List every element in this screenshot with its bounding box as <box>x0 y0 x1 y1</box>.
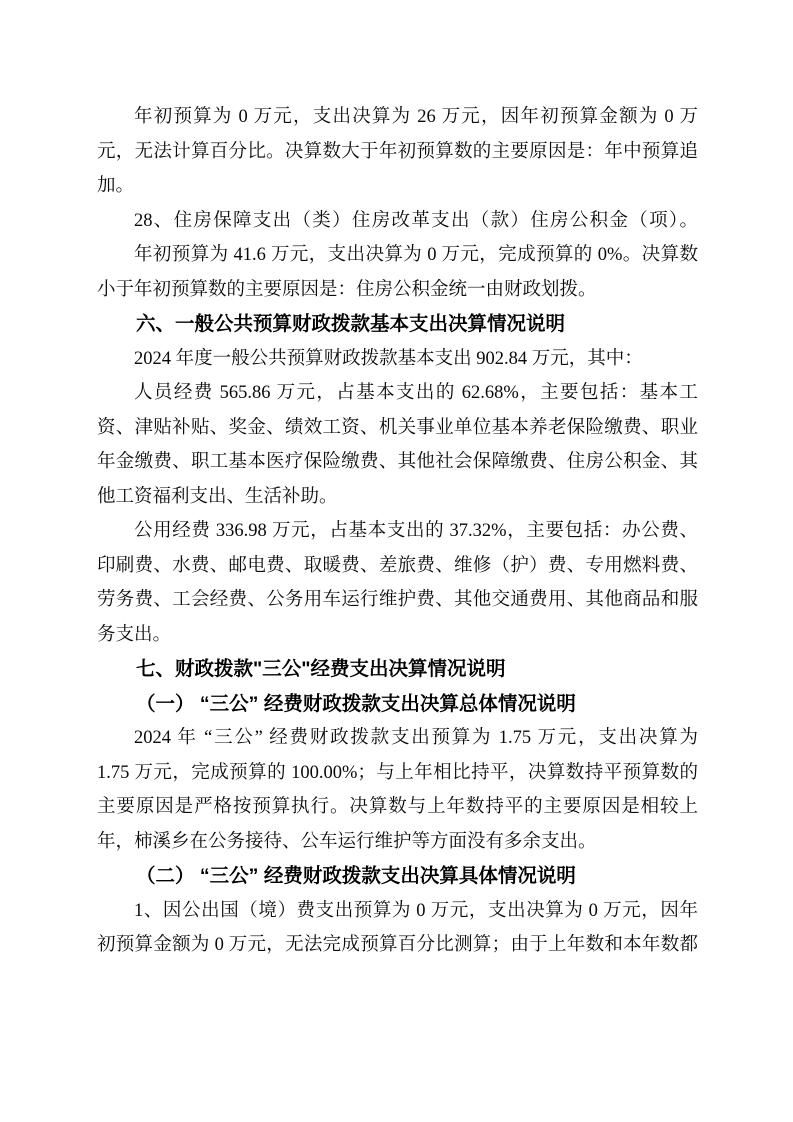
section-heading: 六、一般公共预算财政拨款基本支出决算情况说明 <box>97 307 698 342</box>
paragraph: 年初预算为 41.6 万元，支出决算为 0 万元，完成预算的 0%。决算数小于年… <box>97 238 698 307</box>
text-line: 1、因公出国（境）费支出预算为 0 万元，支出决算为 0 万元，因年 <box>97 894 698 929</box>
text-line: 年金缴费、职工基本医疗保险缴费、其他社会保障缴费、住房公积金、其 <box>97 445 698 480</box>
paragraph: 2024 年 “三公” 经费财政拨款支出预算为 1.75 万元，支出决算为1.7… <box>97 721 698 859</box>
paragraph: 28、住房保障支出（类）住房改革支出（款）住房公积金（项）。 <box>97 204 698 239</box>
text-line: （二） “三公” 经费财政拨款支出决算具体情况说明 <box>97 859 698 894</box>
paragraph: 2024 年度一般公共预算财政拨款基本支出 902.84 万元，其中： <box>97 342 698 377</box>
text-line: 印刷费、水费、邮电费、取暖费、差旅费、维修（护）费、专用燃料费、 <box>97 549 698 584</box>
text-line: 元，无法计算百分比。决算数大于年初预算数的主要原因是：年中预算追 <box>97 135 698 170</box>
text-line: 主要原因是严格按预算执行。决算数与上年数持平的主要原因是相较上 <box>97 790 698 825</box>
text-line: 七、财政拨款"三公"经费支出决算情况说明 <box>97 652 698 687</box>
text-line: 劳务费、工会经费、公务用车运行维护费、其他交通费用、其他商品和服 <box>97 583 698 618</box>
text-line: 年初预算为 0 万元，支出决算为 26 万元，因年初预算金额为 0 万 <box>97 100 698 135</box>
text-line: 初预算金额为 0 万元，无法完成预算百分比测算；由于上年数和本年数都 <box>97 928 698 963</box>
text-line: 年，柿溪乡在公务接待、公车运行维护等方面没有多余支出。 <box>97 825 698 860</box>
text-line: 公用经费 336.98 万元，占基本支出的 37.32%，主要包括：办公费、 <box>97 514 698 549</box>
section-heading: 七、财政拨款"三公"经费支出决算情况说明 <box>97 652 698 687</box>
paragraph: 年初预算为 0 万元，支出决算为 26 万元，因年初预算金额为 0 万元，无法计… <box>97 100 698 204</box>
text-line: 他工资福利支出、生活补助。 <box>97 480 698 515</box>
text-line: 加。 <box>97 169 698 204</box>
paragraph: 人员经费 565.86 万元，占基本支出的 62.68%，主要包括：基本工资、津… <box>97 376 698 514</box>
text-line: 2024 年 “三公” 经费财政拨款支出预算为 1.75 万元，支出决算为 <box>97 721 698 756</box>
section-heading: （一） “三公” 经费财政拨款支出决算总体情况说明 <box>97 687 698 722</box>
text-line: 小于年初预算数的主要原因是：住房公积金统一由财政划拨。 <box>97 273 698 308</box>
text-line: 28、住房保障支出（类）住房改革支出（款）住房公积金（项）。 <box>97 204 698 239</box>
text-line: 务支出。 <box>97 618 698 653</box>
text-line: 2024 年度一般公共预算财政拨款基本支出 902.84 万元，其中： <box>97 342 698 377</box>
section-heading: （二） “三公” 经费财政拨款支出决算具体情况说明 <box>97 859 698 894</box>
paragraph: 公用经费 336.98 万元，占基本支出的 37.32%，主要包括：办公费、印刷… <box>97 514 698 652</box>
document-page: 年初预算为 0 万元，支出决算为 26 万元，因年初预算金额为 0 万元，无法计… <box>0 0 793 1122</box>
text-line: （一） “三公” 经费财政拨款支出决算总体情况说明 <box>97 687 698 722</box>
text-line: 资、津贴补贴、奖金、绩效工资、机关事业单位基本养老保险缴费、职业 <box>97 411 698 446</box>
text-line: 年初预算为 41.6 万元，支出决算为 0 万元，完成预算的 0%。决算数 <box>97 238 698 273</box>
text-line: 六、一般公共预算财政拨款基本支出决算情况说明 <box>97 307 698 342</box>
text-line: 人员经费 565.86 万元，占基本支出的 62.68%，主要包括：基本工 <box>97 376 698 411</box>
paragraph: 1、因公出国（境）费支出预算为 0 万元，支出决算为 0 万元，因年初预算金额为… <box>97 894 698 963</box>
text-line: 1.75 万元，完成预算的 100.00%；与上年相比持平，决算数持平预算数的 <box>97 756 698 791</box>
